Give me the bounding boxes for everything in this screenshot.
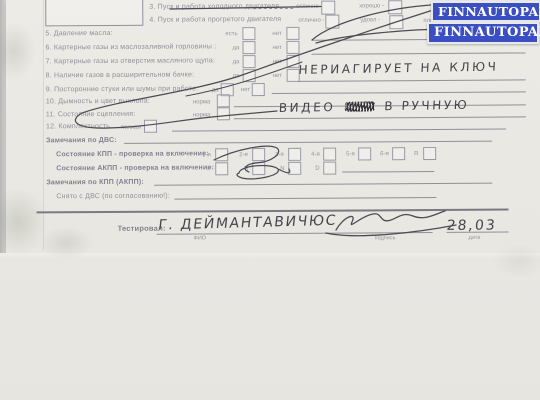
handwritten-word: В РУЧНУЮ [384,98,470,113]
answer-line [174,197,436,200]
leader-line [253,8,293,9]
form-item-4: 4. Пуск и работа прогретого двигателя [149,16,281,24]
answer-line [154,183,492,186]
checkbox-gear-1 [215,148,228,161]
option-label: удовл - [360,17,380,23]
option-label: да [233,73,240,79]
option-label: хорошо - [359,3,384,9]
checkbox-gear-6 [392,147,405,160]
handwritten-tester-name: Г. ДЕЙМАНТАВИЧЮС [157,213,337,234]
answer-line [272,91,526,94]
checkbox-yes-5 [242,27,255,40]
form-item-8: 8. Наличие газов в расширительном бачке: [46,71,195,79]
checkbox-yes-7 [243,55,256,68]
option-label: нет [241,87,250,93]
checkbox-horosho-3 [388,0,402,14]
gear-label: R [414,151,418,157]
form-item-6: 6. Картерные газы из маслозаливной горло… [45,43,216,51]
section-dvs-remarks: Замечания по ДВС: [46,137,117,144]
checkbox-yes-6 [242,41,255,54]
label-date: дата [469,235,481,241]
gear-label: 1-я [202,152,211,158]
checkbox-gear-2 [252,148,265,161]
form-item-5: 5. Давление масла: [45,30,112,37]
answer-line [312,52,526,54]
checkbox-otlichno-3 [321,1,335,15]
form-item-12: 12. Комплектность [46,123,110,130]
section-kpp-state: Состояние КПП - проверка на включение: [56,150,209,158]
gear-label: 6-я [380,151,389,157]
form-item-7: 7. Картерные газы из отверстия масляного… [46,57,216,65]
checkbox-udovl-4 [389,15,403,29]
checkbox-polnaya-12 [144,120,157,133]
option-label: нет [273,59,282,65]
label-fio: ФИО [194,235,206,241]
finnautoparts-watermark-badge: FINNAUTOPARTS [427,22,539,44]
answer-line [124,141,492,144]
form-item-10: 10. Дымность и цвет выхлопа: [46,98,150,106]
option-label: да [212,87,219,93]
gear-label: 4-я [311,152,320,158]
form-item-3: 3. Пуск и работа холодного двигателя [149,3,279,11]
checkbox-yes-8 [243,69,256,82]
handwritten-date: 28,03 [446,218,498,234]
form-item-9: 9. Посторонние стуки или шумы при работе… [46,85,199,93]
checkbox-no-6 [286,41,299,54]
section-akpp-state: Состояние АКПП - проверка на включение: [56,164,214,172]
handwritten-word: ВИДЕО [278,100,335,115]
separator-rule [36,209,508,214]
answer-line [342,171,434,173]
option-label: отлично - [296,4,322,10]
checkbox-gear-4 [323,148,336,161]
checkbox-no-9 [252,83,265,96]
option-label: да [233,59,240,65]
handwritten-note-clutch: ВИДЕО В РУЧНУЮ [278,98,469,115]
checkbox-mode-N [288,162,301,175]
checkbox-otlichno-4 [325,15,339,29]
option-label: нет [272,45,281,51]
option-label: да [232,45,239,51]
answer-line [298,79,526,81]
section-removed: Снято с ДВС (по согласованию!): [56,193,170,201]
form-item-11: 11. Состояние сцепления: [46,111,135,119]
option-label: нет [272,31,281,37]
checkbox-mode-D [323,162,336,175]
option-label: отлично - [298,18,324,24]
checkbox-mode-R [252,162,265,175]
photo-box [45,0,143,26]
checkbox-gear-R [423,147,436,160]
gear-label: 5-я [346,151,355,157]
checkbox-no-7 [287,55,300,68]
answer-line [234,116,526,119]
option-label: норма [193,112,210,118]
mode-label: R [244,166,248,172]
checkbox-mode-P [215,162,228,175]
option-label: есть [225,31,237,37]
checkbox-norma-10 [217,94,230,107]
handwritten-note-engine: НЕРИАГИРУЕТ НА КЛЮЧ [298,60,499,77]
option-label: нет [273,73,282,79]
paper-sheet-below [0,253,540,400]
scribbled-out-word [345,101,376,112]
answer-line [172,129,506,132]
mode-label: N [280,166,284,172]
gear-label: 2-я [239,152,248,158]
checkbox-gear-3 [288,148,301,161]
checkbox-no-5 [286,27,299,40]
label-signature: подпись [375,235,396,241]
gear-label: 3-я [275,152,284,158]
option-label: норма [193,99,210,105]
finnautoparts-watermark-badge: FINNAUTOPARTS [431,1,540,22]
scanned-document-photo: 3. Пуск и работа холодного двигателя отл… [0,0,540,400]
mode-label: D [315,166,319,172]
option-label: полная [121,125,141,131]
checkbox-norma-11 [217,107,230,120]
section-kpp-remarks: Замечания по КПП (АКПП): [46,179,144,187]
checkbox-gear-5 [358,147,371,160]
mode-label: P [207,166,211,172]
